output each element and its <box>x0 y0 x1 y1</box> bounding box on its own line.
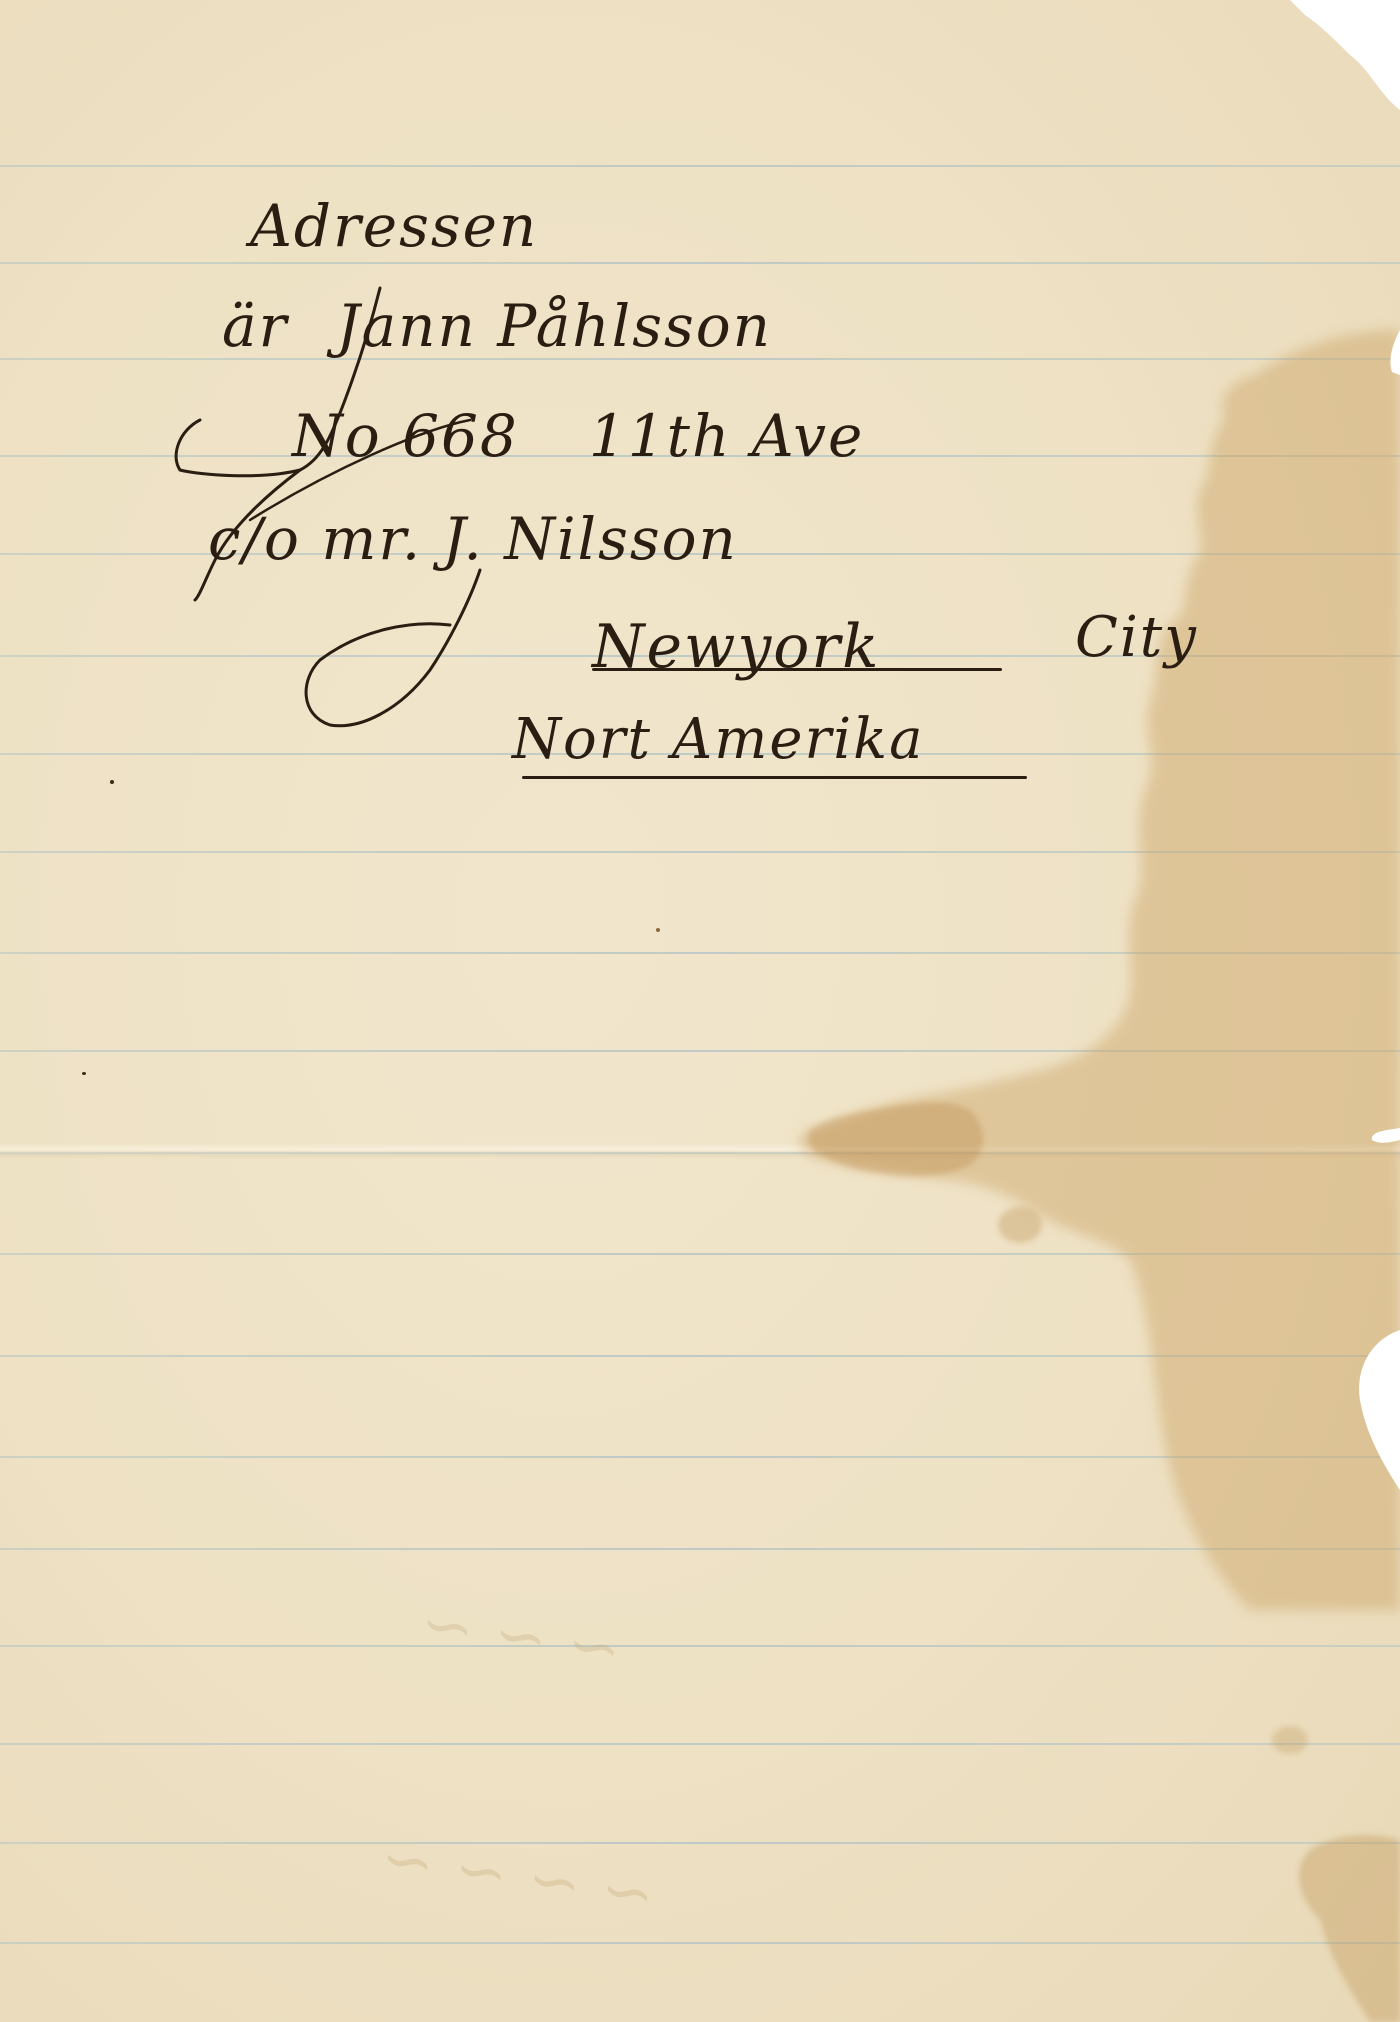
handwriting-ar: är <box>222 292 288 360</box>
rule-line <box>0 165 1400 167</box>
ink-speck <box>110 780 114 784</box>
handwriting-name: Jann Påhlsson <box>336 292 772 360</box>
handwriting-country: Nort Amerika <box>512 707 924 772</box>
handwriting-city: Newyork <box>592 612 880 682</box>
rule-line <box>0 1355 1400 1357</box>
rule-line <box>0 1050 1400 1052</box>
handwriting-adressen: Adressen <box>250 192 538 260</box>
rule-line <box>0 1743 1400 1745</box>
handwriting-care-of: c/o mr. J. Nilsson <box>208 505 738 573</box>
letter-page: ~ ~ ~ ~ ~ ~ ~ Adressen ärJann Påhlsson N… <box>0 0 1400 2022</box>
country-underline <box>522 776 1027 779</box>
rule-line <box>0 1548 1400 1550</box>
rule-line <box>0 1253 1400 1255</box>
handwriting-number: 668 <box>402 402 519 470</box>
handwriting-city-suffix: City <box>1075 605 1198 670</box>
handwriting-street: 11th Ave <box>589 402 865 470</box>
handwriting-name-line: ärJann Påhlsson <box>222 292 772 360</box>
rule-line <box>0 1942 1400 1944</box>
rule-line <box>0 1842 1400 1844</box>
ink-speck <box>656 928 660 932</box>
handwriting-street-line: No 66811th Ave <box>292 402 864 470</box>
rule-line <box>0 262 1400 264</box>
city-underline <box>592 668 1002 671</box>
rule-line <box>0 851 1400 853</box>
rule-line <box>0 952 1400 954</box>
fold-crease <box>0 1143 1400 1159</box>
rule-line <box>0 1645 1400 1647</box>
ink-speck <box>82 1072 86 1075</box>
rule-line <box>0 1456 1400 1458</box>
handwriting-number-label: No <box>292 402 382 470</box>
